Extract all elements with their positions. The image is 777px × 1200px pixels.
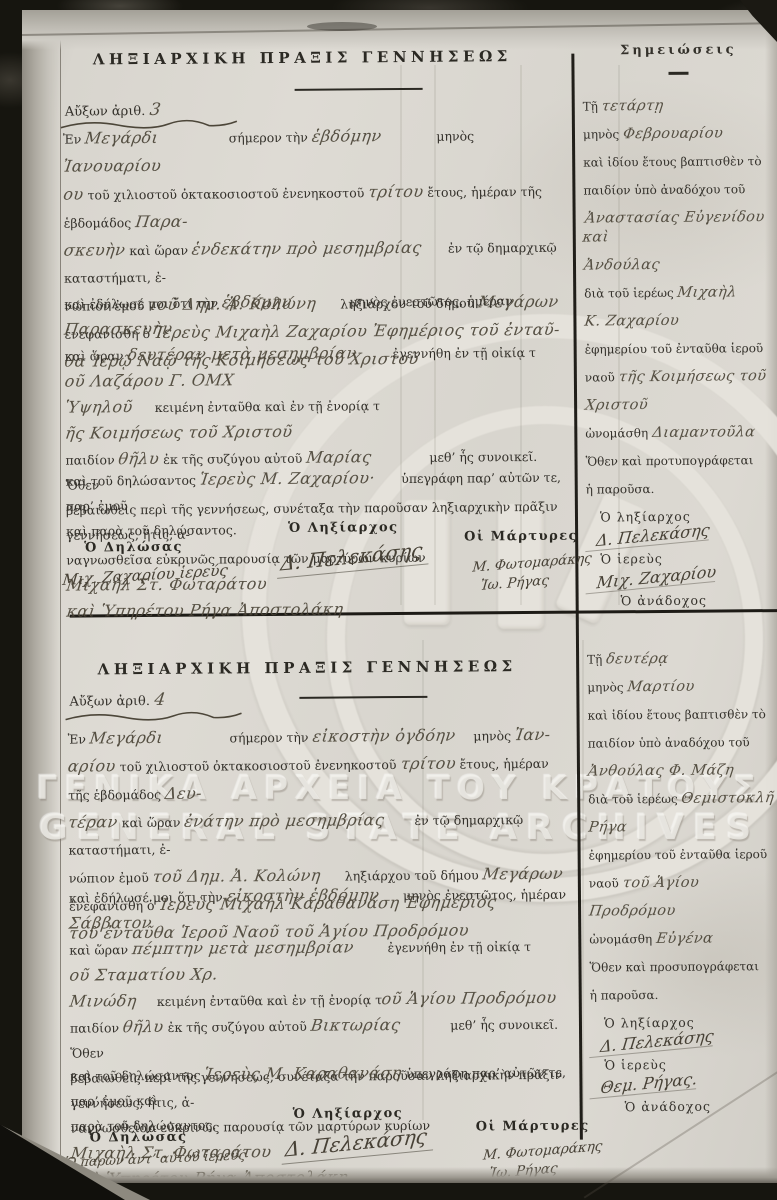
printed-text: ὠνομάσθη — [589, 932, 656, 947]
printed-text: μηνὸς ἐνεστῶτος, ἡμέραν — [350, 293, 513, 309]
column-divider-rule — [571, 54, 582, 1140]
printed-text: Τῇ — [587, 652, 606, 666]
printed-text: κειμένη ἐνταῦθα καὶ ἐν τῇ ἐνορίᾳ τ — [155, 398, 380, 415]
printed-text: καὶ ὥραν — [69, 942, 132, 957]
printed-text: ναοῦ — [589, 876, 623, 890]
note-line: Χριστοῦ — [585, 395, 777, 416]
handwritten-text: οῦ Λαζάρου Γ. ΟΜΧ — [63, 367, 235, 393]
act1-title: ΛΗΞΙΑΡΧΙΚΗ ΠΡΑΞΙΣ ΓΕΝΝΗΣΕΩΣ — [62, 47, 542, 69]
note-line: μηνὸς Φεβρουαρίου — [583, 124, 775, 145]
act2-notes-lines: Τῇ δευτέρᾳμηνὸς Μαρτίουκαὶ ἰδίου ἔτους β… — [587, 649, 777, 949]
note-line: διὰ τοῦ ἱερέως Θεμιστοκλῆ — [588, 789, 777, 810]
handwritten-text: ἐνάτην πρὸ μεσημβρίας — [183, 806, 387, 835]
printed-text: μηνὸς — [583, 127, 623, 141]
printed-text: καὶ τοῦ δηλώσαντος — [70, 1068, 204, 1084]
printed-text: παιδίον ὑπὸ ἀναδόχου τοῦ — [588, 735, 750, 750]
handwritten-text: Ἱερεὺς Μ. Ζαχαρίου· — [198, 465, 377, 491]
notes-footer-line1: Ὅθεν καὶ προσυπογράφεται — [589, 957, 777, 978]
handwritten-text: τρίτου — [366, 178, 425, 205]
printed-text: ἐκ τῆς συζύγου αὐτοῦ — [159, 451, 306, 467]
handwritten-text: Ἱερεὺς Μ. Καραθανάση — [203, 1060, 404, 1087]
note-line: Ἀναστασίας Εὐγενίδου καὶ — [584, 208, 776, 248]
handwritten-text: ου — [62, 180, 86, 207]
handwritten-text: Χριστοῦ — [584, 396, 649, 416]
act1-notes-column: Σημειώσεις Τῇ τετάρτῃμηνὸς Φεβρουαρίουκα… — [582, 41, 777, 610]
handwritten-text: οῦ Ἁγίου Προδρόμου — [380, 985, 558, 1011]
printed-text: ἐγεννήθη ἐν τῇ οἰκίᾳ τ — [392, 345, 536, 361]
notes-godparent-label: Ὁ ἀνάδοχος — [591, 1097, 777, 1117]
printed-text: καὶ τοῦ δηλώσαντος — [66, 473, 200, 489]
notes-footer-line2: ἡ παροῦσα. — [586, 479, 777, 500]
handwritten-text: ἑνδεκάτην πρὸ μεσημβρίας — [190, 234, 423, 263]
notes-footer-line1: Ὅθεν καὶ προτυπογράφεται — [585, 451, 777, 472]
act2-serial-label: Αὔξων ἀριθ. — [69, 694, 150, 710]
act1-title-rule — [295, 88, 423, 91]
note-line: ὠνομάσθη Εὐγένα — [589, 929, 777, 950]
printed-text: ἐκ τῆς συζύγου αὐτοῦ — [164, 1019, 311, 1035]
act1-registrar-label: Ὁ Ληξίαρχος — [288, 520, 399, 536]
handwritten-text: τετάρτῃ — [601, 97, 665, 117]
handwritten-text: οῦ Σταματίου Χρ. — [68, 961, 220, 987]
handwritten-text: Παρα- — [133, 208, 189, 235]
act2-serial: Αὔξων ἀριθ. 4 — [69, 690, 165, 711]
printed-text: μηνὸς — [436, 128, 474, 143]
printed-text: μηνὸς — [473, 728, 515, 743]
printed-text: τοῦ χιλιοστοῦ ὀκτακοσιοστοῦ ἐνενηκοστοῦ — [116, 757, 401, 774]
notes-header-dash — [668, 72, 688, 75]
act2-registrar-label: Ὁ Ληξίαρχος — [293, 1106, 404, 1122]
handwritten-text: Κ. Ζαχαρίου — [583, 312, 680, 332]
handwritten-text: δευτέραν μετὰ μεσημβρίαν — [126, 340, 358, 367]
handwritten-text: Μιχαὴλ — [676, 283, 738, 302]
handwritten-text: τοῦ Ἁγίου — [621, 874, 700, 894]
printed-text: παιδίον — [70, 1020, 123, 1035]
paper-bottom-edge — [22, 1167, 777, 1183]
note-line: Τῇ δευτέρᾳ — [587, 649, 777, 670]
handwritten-text: Ἀναστασίας Εὐγενίδου καὶ — [581, 208, 777, 248]
note-line: Κ. Ζαχαρίου — [584, 311, 776, 332]
note-line: καὶ ἰδίου ἔτους βαπτισθὲν τὸ — [587, 705, 777, 726]
handwritten-text: Ἀνδούλας — [583, 256, 661, 276]
printed-text: καὶ ἐδήλωσέ μοι ὅτι τὴν — [64, 295, 222, 311]
printed-text: διὰ τοῦ ἱερέως — [584, 286, 677, 301]
handwritten-text: πέμπτην μετὰ μεσημβρίαν — [130, 934, 355, 961]
handwritten-text: τέραν — [67, 808, 120, 835]
printed-text: καὶ ἰδίου ἔτους βαπτισθὲν τὸ — [587, 707, 765, 722]
note-line: Ρήγα — [588, 817, 777, 838]
handwritten-text: σκευὴν — [62, 236, 127, 264]
printed-text: ὠνομάσθη — [585, 426, 652, 441]
handwritten-text: καὶ Ὑπηρέτου Ρήγα Ἀποστολάκη — [65, 596, 345, 623]
handwritten-text: Ἀνθούλας Φ. Μάζη — [587, 761, 735, 781]
printed-text: διὰ τοῦ ἱερέως — [588, 792, 681, 807]
handwritten-text: Προδρόμου — [588, 902, 677, 922]
note-line: καὶ ἰδίου ἔτους βαπτισθὲν τὸ — [583, 152, 775, 173]
handwritten-text: Μεγάρδι — [83, 124, 160, 152]
printed-text: τοῦ χιλιοστοῦ ὀκτακοσιοστοῦ ἐνενηκοστοῦ — [84, 185, 369, 202]
handwritten-text: αρίου — [66, 752, 117, 779]
act2-declarant-label: Ὁ Δηλώσας — [89, 1130, 188, 1146]
handwritten-text: Φεβρουαρίου — [622, 124, 725, 144]
notes-footer-line2: ἡ παροῦσα. — [590, 985, 777, 1006]
handwritten-text: Ἰανουαρίου — [61, 152, 163, 180]
handwritten-text: Εὐγένα — [655, 930, 714, 949]
handwritten-text: Παρασκευὴν — [63, 316, 174, 342]
handwritten-text: Ὑψηλοῦ — [63, 394, 134, 420]
printed-text: Ἐν — [63, 131, 85, 146]
handwritten-text: Βικτωρίας — [309, 1012, 402, 1038]
act1-declarant-label: Ὁ Δηλώσας — [84, 540, 183, 556]
note-line: ναοῦ τοῦ Ἁγίου — [589, 873, 777, 894]
handwritten-text: εἰκοστὴν ὀγδόην — [311, 722, 458, 750]
printed-text: ἐφημερίου τοῦ ἐνταῦθα ἱεροῦ — [589, 847, 768, 862]
handwritten-text: Θεμιστοκλῆ — [680, 789, 775, 809]
note-line: Τῇ τετάρτῃ — [583, 96, 775, 117]
note-line: ναοῦ τῆς Κοιμήσεως τοῦ — [585, 367, 777, 388]
note-line: παιδίον ὑπὸ ἀναδόχου τοῦ — [583, 180, 775, 201]
printed-text: καὶ ἐδήλωσέ μοι ὅτι τὴν — [69, 889, 227, 905]
handwritten-text: δευτέρᾳ — [605, 650, 670, 670]
printed-text: καὶ παρὰ τοῦ δηλώσαντος. — [66, 522, 237, 538]
note-line: μηνὸς Μαρτίου — [587, 677, 777, 698]
field-gap — [163, 742, 229, 743]
printed-text: καὶ ὥραν — [65, 348, 128, 363]
handwritten-text: Διαμαντοῦλα — [651, 423, 756, 443]
note-line: ὠνομάσθη Διαμαντοῦλα — [585, 423, 777, 444]
printed-text: καὶ ὥραν — [125, 243, 192, 259]
handwritten-text: Μεγάρδι — [88, 724, 165, 752]
note-line: ἐφημερίου τοῦ ἐνταῦθα ἱεροῦ — [585, 339, 777, 360]
photo-backdrop: { "watermark": { "line1": "ΓΕΝΙΚΑ ΑΡΧΕΙΑ… — [0, 0, 777, 1200]
printed-text: Ἐν — [68, 731, 90, 746]
handwritten-text: εἰκοστὴν ἑβδόμην — [225, 882, 381, 908]
printed-text: παιδίον — [65, 452, 118, 467]
printed-text: μηνὸς — [587, 680, 627, 694]
document-page: ΓΕΝΙΚΑ ΑΡΧΕΙΑ ΤΟΥ ΚΡΑΤΟΥΣ GENERAL STATE … — [22, 10, 777, 1183]
note-line: διὰ τοῦ ἱερέως Μιχαὴλ — [584, 283, 776, 304]
note-line: Ἀνδούλας — [584, 255, 776, 276]
printed-text: ἐγεννήθη ἐν τῇ οἰκίᾳ τ — [388, 939, 532, 955]
notes-godparent-label: Ὁ ἀνάδοχος — [587, 591, 777, 611]
printed-text: ἐφημερίου τοῦ ἐνταῦθα ἱεροῦ — [585, 341, 764, 356]
page-content: ΛΗΞΙΑΡΧΙΚΗ ΠΡΑΞΙΣ ΓΕΝΝΗΣΕΩΣ Αὔξων ἀριθ. … — [22, 10, 777, 1183]
note-line: Προδρόμου — [589, 901, 777, 922]
handwritten-text: ἑβδόμην — [220, 289, 293, 315]
act1-notes-lines: Τῇ τετάρτῃμηνὸς Φεβρουαρίουκαὶ ἰδίου ἔτο… — [583, 96, 777, 443]
printed-text: κειμένη ἐνταῦθα καὶ ἐν τῇ ἐνορίᾳ τ — [157, 992, 382, 1009]
field-gap — [159, 142, 229, 143]
act2-notes-footer: Ὅθεν καὶ προσυπογράφεται ἡ παροῦσα. Ὁ λη… — [589, 957, 777, 1117]
handwritten-text: Μαρτίου — [626, 678, 696, 698]
handwritten-text: θῆλυ — [121, 1014, 165, 1039]
handwritten-text: τρίτου — [399, 750, 458, 777]
handwritten-text: τῆς Κοιμήσεως τοῦ — [617, 367, 767, 387]
act2-title: ΛΗΞΙΑΡΧΙΚΗ ΠΡΑΞΙΣ ΓΕΝΝΗΣΕΩΣ — [67, 657, 547, 679]
act2-serial-value: 4 — [153, 690, 167, 710]
printed-text: σήμερον τὴν — [229, 730, 312, 746]
note-line: παιδίον ὑπὸ ἀναδόχου τοῦ — [588, 733, 777, 754]
handwritten-text: Ἰαν- — [513, 721, 552, 748]
printed-text: Τῇ — [583, 99, 602, 113]
handwritten-text: ἑβδόμην — [310, 122, 383, 150]
notes-priest-signature: Θεμ. Ρήγας. — [590, 1069, 699, 1099]
printed-text: καὶ ὥραν — [118, 815, 185, 831]
printed-text: ναοῦ — [585, 370, 619, 384]
act1-witnesses-label: Οἱ Μάρτυρες — [464, 529, 578, 545]
printed-text: παιδίον ὑπὸ ἀναδόχου τοῦ — [583, 182, 745, 197]
act2-witnesses-label: Οἱ Μάρτυρες — [476, 1119, 590, 1135]
printed-text: μηνὸς ἐνεστῶτος, ἡμέραν — [403, 887, 566, 903]
handwritten-text: Δευ- — [163, 780, 203, 807]
act2-title-rule — [299, 696, 427, 699]
note-line: ἐφημερίου τοῦ ἐνταῦθα ἱεροῦ — [589, 845, 777, 866]
printed-text: σήμερον τὴν — [229, 130, 312, 146]
act1-notes-footer: Ὅθεν καὶ προτυπογράφεται ἡ παροῦσα. Ὁ λη… — [585, 451, 777, 611]
act2-notes-column: Τῇ δευτέρᾳμηνὸς Μαρτίουκαὶ ἰδίου ἔτους β… — [587, 649, 777, 1116]
handwritten-text: Σάββατον — [68, 910, 154, 936]
handwritten-text: Ρήγα — [587, 818, 628, 837]
handwritten-text: Μινώδη — [68, 988, 138, 1014]
printed-text: καὶ ἰδίου ἔτους βαπτισθὲν τὸ — [583, 154, 761, 169]
note-line: Ἀνθούλας Φ. Μάζη — [588, 761, 777, 782]
handwritten-text: ῆς Κοιμήσεως τοῦ Χριστοῦ — [64, 419, 294, 446]
notes-header: Σημειώσεις — [582, 41, 774, 61]
